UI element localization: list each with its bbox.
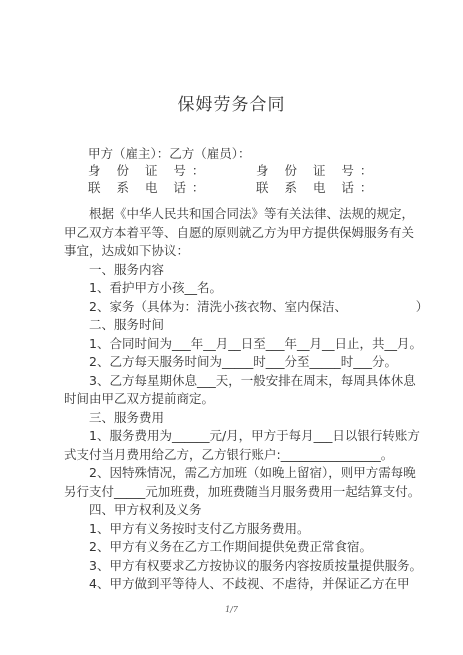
paragraph-line: 事宜，达成如下协议： [64,242,416,261]
parties-block: 甲方（雇主）：乙方（雇员）： 身 份 证 号： 身 份 证 号： 联 系 电 话… [88,145,251,196]
clause-line: 2、乙方每天服务时间为_____时___分至_____时___分。 [64,353,416,372]
employer-id-label: 身 份 证 号： [88,163,210,178]
clause-line: 式支付当月费用给乙方，乙方银行账户:________________。 [64,446,416,465]
clause-line: 2、甲方有义务在乙方工作期间提供免费正常食宿。 [64,538,416,557]
clause-line: 3、乙方每星期休息___天，一般安排在周末，每周具体休息 [64,372,416,391]
section-heading: 一、服务内容 [64,261,416,280]
section-heading: 三、服务费用 [64,409,416,428]
clause-line: 3、甲方有权要求乙方按协议的服务内容按质按量提供服务。 [64,557,416,576]
party-row-phone: 联 系 电 话： 联 系 电 话： [88,179,251,196]
contract-body: 根据《中华人民共和国合同法》等有关法律、法规的规定， 甲乙双方本着平等、自愿的原… [64,205,416,594]
clause-line: 2、因特殊情况，需乙方加班（如晚上留宿），则甲方需每晚 [64,464,416,483]
clause-line: 1、甲方有义务按时支付乙方服务费用。 [64,520,416,539]
employee-id-label: 身 份 证 号： [256,162,378,179]
clause-line: 2、家务（具体为：清洗小孩衣物、室内保洁、 ） [64,298,416,317]
document-title: 保姆劳务合同 [0,90,463,115]
clause-line: 时间由甲乙双方提前商定。 [64,390,416,409]
clause-line: 4、甲方做到平等待人、不歧视、不虐待，并保证乙方在甲 [64,575,416,594]
paragraph-line: 根据《中华人民共和国合同法》等有关法律、法规的规定， [64,205,416,224]
party-row-names: 甲方（雇主）：乙方（雇员）： [88,145,251,162]
page-number: 1/7 [0,605,463,614]
employee-phone-label: 联 系 电 话： [256,179,378,196]
clause-line: 1、服务费用为______元/月，甲方于每月___日以银行转账方 [64,427,416,446]
document-page: 保姆劳务合同 甲方（雇主）：乙方（雇员）： 身 份 证 号： 身 份 证 号： … [0,0,463,655]
section-heading: 四、甲方权利及义务 [64,501,416,520]
clause-line: 1、合同时间为___年__月__日至___年__月__日止，共__月。 [64,335,416,354]
clause-line: 另行支付_____元加班费，加班费随当月服务费用一起结算支付。 [64,483,416,502]
employer-phone-label: 联 系 电 话： [88,180,210,195]
paragraph-line: 甲乙双方本着平等、自愿的原则就乙方为甲方提供保姆服务有关 [64,224,416,243]
clause-line: 1、看护甲方小孩__名。 [64,279,416,298]
party-names-label: 甲方（雇主）：乙方（雇员）： [88,146,251,161]
section-heading: 二、服务时间 [64,316,416,335]
party-row-id: 身 份 证 号： 身 份 证 号： [88,162,251,179]
